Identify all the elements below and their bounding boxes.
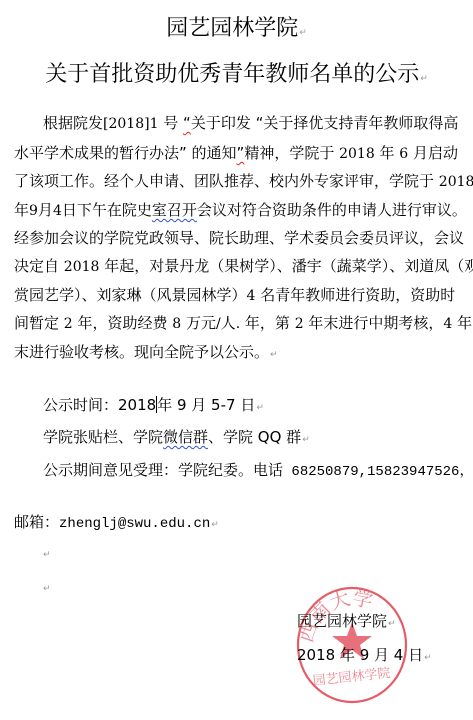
body-line-5: 经参加会议的学院党政领导、院长助理、学术委员会委员评议，会议 <box>14 228 464 248</box>
spelling-mark: “ <box>183 114 191 132</box>
body-line-8: 间暂定 2 年，资助经费 8 万元/人. 年，第 2 年末进行中期考核，4 年 <box>14 313 472 333</box>
paragraph-mark-icon: ↵ <box>388 619 396 629</box>
signature-date: 2018 年 9 月 4 日↵ <box>297 645 432 668</box>
phone-numbers: 68250879,15823947526， <box>283 464 473 480</box>
paragraph-mark-icon: ↵ <box>424 653 432 663</box>
email-line: 邮箱：zhenglj@swu.edu.cn↵ <box>14 512 219 532</box>
grammar-mark: 微信群 <box>163 428 208 446</box>
paragraph-mark-icon: ↵ <box>256 403 264 413</box>
paragraph-mark-icon: ↵ <box>420 74 428 84</box>
grammar-mark: 室召开 <box>152 201 197 219</box>
paragraph-mark-icon: ↵ <box>211 520 219 530</box>
document-title: 关于首批资助优秀青年教师名单的公示↵ <box>0 61 473 93</box>
document-page[interactable]: 园艺园林学院↵ 关于首批资助优秀青年教师名单的公示↵ 根据院发[2018]1 号… <box>0 0 473 720</box>
paragraph-mark-icon: ↵ <box>270 350 278 360</box>
body-line-1: 根据院发[2018]1 号 “关于印发 “关于择优支持青年教师取得高 <box>43 113 458 133</box>
svg-text:园艺园林学院: 园艺园林学院 <box>312 665 391 689</box>
email-address: zhenglj@swu.edu.cn <box>59 516 210 532</box>
body-line-7: 赏园艺学）、刘家琳（风景园林学）4 名青年教师进行资助，资助时 <box>14 285 455 305</box>
institution-heading: 园艺园林学院↵ <box>0 15 473 47</box>
feedback-line: 公示期间意见受理：学院纪委。电话 68250879,15823947526， <box>43 460 473 480</box>
body-line-2: 水平学术成果的暂行办法” 的通知”精神，学院于 2018 年 6 月启动 <box>14 143 458 163</box>
body-line-6: 决定自 2018 年起，对景丹龙（果树学）、潘宇（蔬菜学）、刘道凤（观 <box>14 256 473 276</box>
paragraph-mark-icon: ↵ <box>302 435 310 445</box>
paragraph-mark-icon: ↵ <box>299 28 307 38</box>
notice-period-line: 公示时间：2018年 9 月 5-7 日↵ <box>43 395 264 415</box>
body-line-3: 了该项工作。经个人申请、团队推荐、校内外专家评审，学院于 2018 <box>14 171 473 191</box>
signature-institution: 园艺园林学院↵ <box>297 611 396 634</box>
notice-channels-line: 学院张贴栏、学院微信群、学院 QQ 群↵ <box>43 427 310 447</box>
body-line-9: 末进行验收考核。现向全院予以公示。↵ <box>14 342 278 362</box>
body-line-4: 年9月4日下午在院史室召开会议对符合资助条件的申请人进行审议。 <box>14 200 467 220</box>
empty-paragraph-mark-icon: ↵ <box>43 584 51 594</box>
empty-paragraph-mark-icon: ↵ <box>43 550 51 560</box>
